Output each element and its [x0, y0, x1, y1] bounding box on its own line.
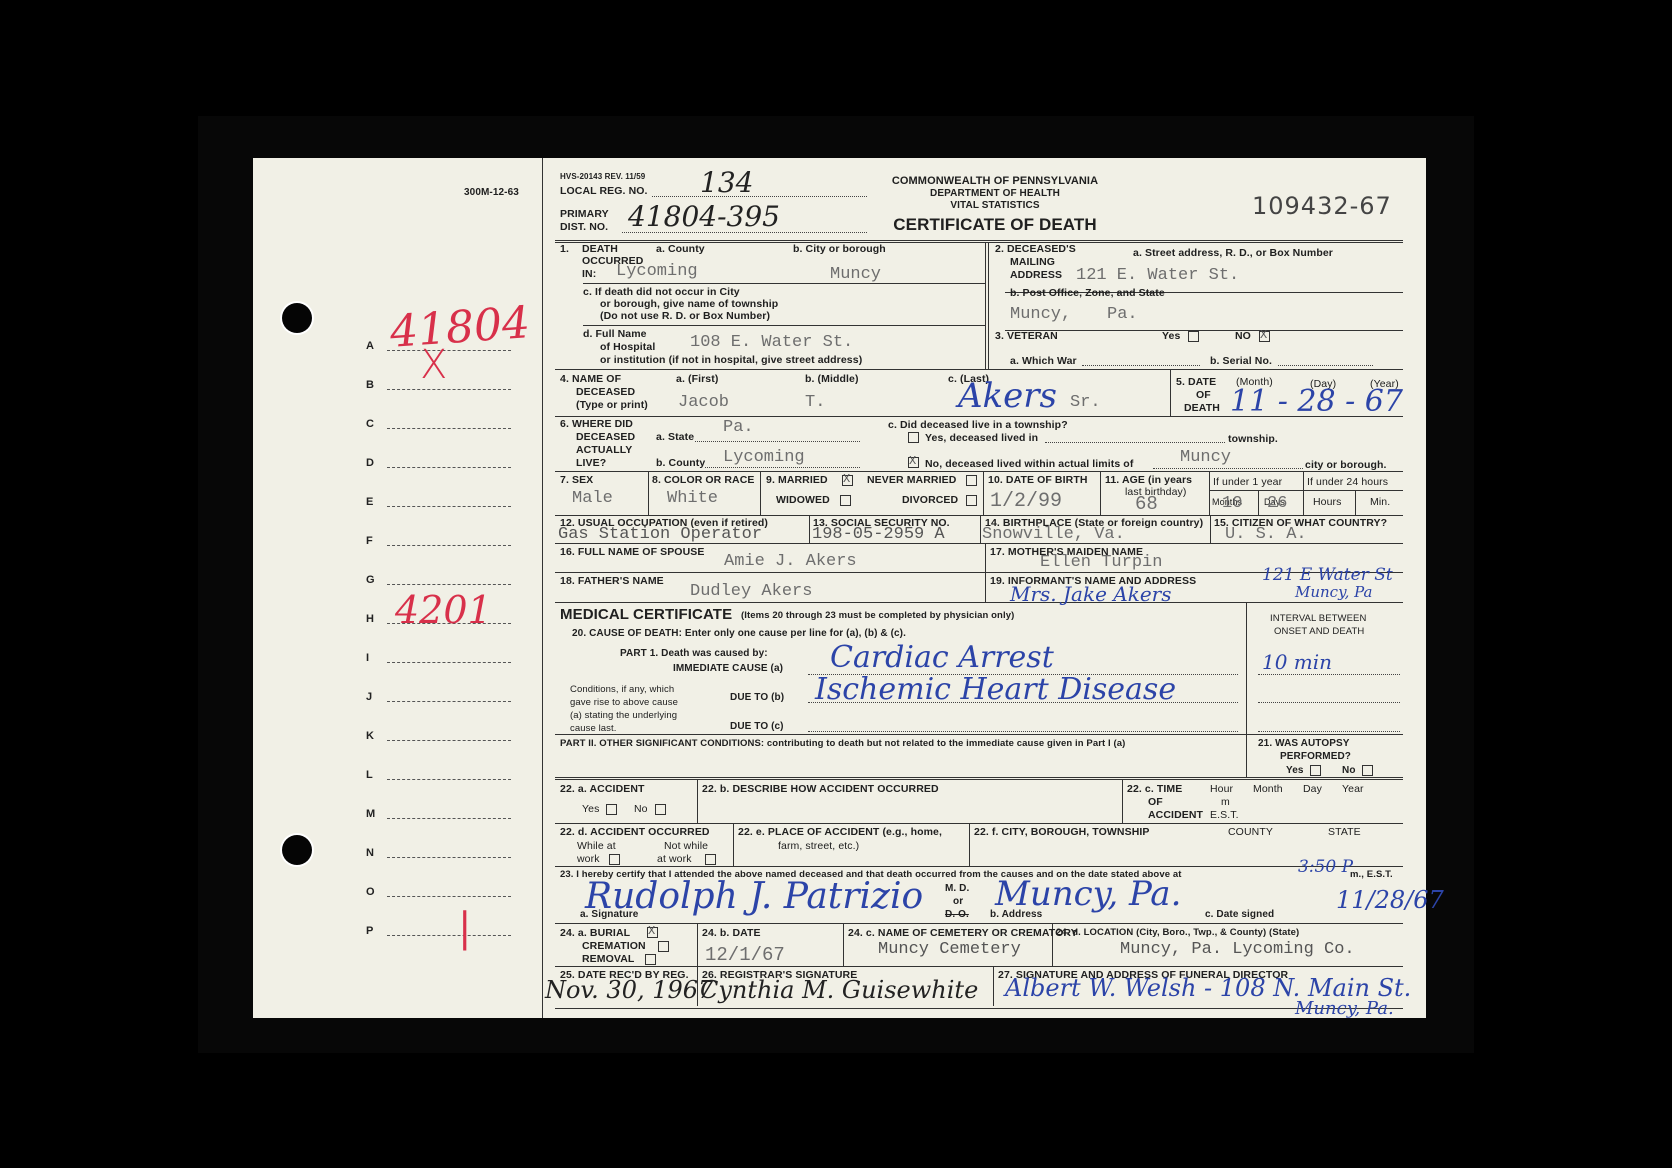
margin-letter: E: [366, 496, 373, 508]
interval-value: 10 min: [1262, 650, 1332, 674]
sex-value: Male: [572, 489, 613, 508]
cemetery-location-label: 24. d. LOCATION (City, Boro., Twp., & Co…: [1056, 927, 1299, 939]
due-to-b-value: Ischemic Heart Disease: [815, 672, 1176, 707]
certify-time-value: 3:50 P: [1298, 857, 1353, 877]
local-reg-value: 134: [700, 166, 753, 199]
sex-label: 7. SEX: [560, 474, 593, 486]
first-name-label: a. (First): [676, 373, 718, 385]
married-checkbox[interactable]: [842, 475, 853, 486]
margin-letter: L: [366, 769, 373, 781]
not-while-at-work-label: Not while: [664, 840, 708, 852]
veteran-label: 3. VETERAN: [995, 330, 1058, 342]
autopsy-no-label: No: [1342, 765, 1356, 777]
dist-no-label: DIST. NO.: [560, 221, 608, 233]
live-label: LIVE?: [576, 457, 606, 469]
not-while-at-work-label-2: at work: [657, 853, 692, 865]
autopsy-yes-label: Yes: [1286, 765, 1304, 777]
est-label: E.S.T.: [1210, 809, 1239, 821]
spouse-label: 16. FULL NAME OF SPOUSE: [560, 546, 704, 558]
autopsy-no-checkbox[interactable]: [1362, 765, 1373, 776]
township-no-label: No, deceased lived within actual limits …: [925, 458, 1133, 470]
m-label: m: [1221, 796, 1230, 808]
medical-certificate-title: MEDICAL CERTIFICATE: [560, 606, 732, 624]
burial-label: 24. a. BURIAL: [560, 927, 630, 939]
funeral-director-city: Muncy, Pa.: [1295, 998, 1394, 1019]
red-x-mark: X: [420, 342, 447, 388]
min-label: Min.: [1370, 496, 1390, 508]
hospital-label: d. Full Name: [583, 328, 647, 340]
hospital-label-3: or institution (if not in hospital, give…: [600, 354, 862, 366]
date-signed-label: c. Date signed: [1205, 909, 1274, 921]
cemetery-location-value: Muncy, Pa. Lycoming Co.: [1120, 940, 1355, 959]
father-value: Dudley Akers: [690, 582, 812, 601]
burial-date-label: 24. b. DATE: [702, 927, 761, 939]
divorced-label: DIVORCED: [902, 494, 958, 506]
burial-date-value: 12/1/67: [705, 944, 785, 966]
margin-letter: A: [366, 340, 374, 352]
burial-checkbox[interactable]: [647, 927, 658, 938]
last-name-value: Akers: [958, 376, 1057, 416]
married-label: 9. MARRIED: [766, 474, 828, 486]
middle-name-value: T.: [805, 393, 825, 412]
birthplace-value: Snowville, Va.: [982, 525, 1125, 544]
medical-certificate-subtitle: (Items 20 through 23 must be completed b…: [741, 610, 1014, 622]
margin-letter: G: [366, 574, 375, 586]
dob-label: 10. DATE OF BIRTH: [988, 474, 1088, 486]
hospital-label-2: of Hospital: [600, 341, 655, 353]
name-of-label: 4. NAME OF: [560, 373, 621, 385]
deceased-label: DECEASED: [576, 386, 635, 398]
informant-address-line1: 121 E Water St: [1262, 565, 1393, 585]
of-label: OF: [1196, 389, 1211, 401]
margin-entry-line: [387, 506, 511, 507]
item-number: 1.: [560, 243, 569, 255]
margin-entry-line: [387, 467, 511, 468]
veteran-no-checkbox[interactable]: [1259, 331, 1270, 342]
post-office-label: b. Post Office, Zone, and State: [1010, 287, 1165, 299]
while-at-work-checkbox[interactable]: [609, 854, 620, 865]
margin-letter: P: [366, 925, 373, 937]
punch-hole-top: [282, 303, 312, 333]
street-label: a. Street address, R. D., or Box Number: [1133, 247, 1333, 259]
or-label: or: [953, 896, 963, 908]
death-label: DEATH: [582, 243, 618, 255]
type-or-print-label: (Type or print): [576, 399, 648, 411]
spouse-value: Amie J. Akers: [724, 552, 857, 571]
certify-time-suffix: m., E.S.T.: [1350, 869, 1393, 881]
margin-letter: N: [366, 847, 374, 859]
do-label: D. O.: [945, 909, 969, 921]
actually-label: ACTUALLY: [576, 444, 632, 456]
primary-label: PRIMARY: [560, 208, 609, 220]
removal-label: REMOVAL: [582, 953, 634, 965]
accident-county-label: COUNTY: [1228, 826, 1273, 838]
father-label: 18. FATHER'S NAME: [560, 575, 664, 587]
which-war-label: a. Which War: [1010, 355, 1077, 367]
margin-entry-line: [387, 701, 511, 702]
address-label: ADDRESS: [1010, 269, 1062, 281]
county-label: b. County: [656, 457, 705, 469]
township-yes-label: Yes, deceased lived in: [925, 432, 1038, 444]
red-annotation-41804: 41804: [388, 297, 531, 358]
due-to-c-label: DUE TO (c): [730, 721, 784, 733]
margin-letter: I: [366, 652, 369, 664]
agency-line-1: COMMONWEALTH OF PENNSYLVANIA: [885, 175, 1105, 187]
days-value: 26: [1267, 494, 1287, 513]
post-office-state: Pa.: [1107, 305, 1138, 324]
township-label: c. If death did not occur in City: [583, 286, 740, 298]
cremation-label: CREMATION: [582, 940, 646, 952]
township-question: c. Did deceased live in a township?: [888, 419, 1068, 431]
accident-no-label: No: [634, 803, 648, 815]
cause-of-death-label: 20. CAUSE OF DEATH: Enter only one cause…: [572, 628, 906, 640]
city-limits-value: Muncy: [1180, 448, 1231, 467]
immediate-cause-label: IMMEDIATE CAUSE (a): [673, 663, 783, 675]
informant-name-value: Mrs. Jake Akers: [1010, 582, 1172, 606]
margin-letter: M: [366, 808, 375, 820]
margin-entry-line: [387, 584, 511, 585]
agency-line-3: VITAL STATISTICS: [885, 200, 1105, 212]
conditions-label-1: Conditions, if any, which: [570, 684, 674, 696]
removal-checkbox[interactable]: [645, 954, 656, 965]
under-1-year-label: If under 1 year: [1213, 476, 1282, 488]
cremation-checkbox[interactable]: [658, 941, 669, 952]
accident-city-label: 22. f. CITY, BOROUGH, TOWNSHIP: [974, 826, 1150, 838]
margin-letter: B: [366, 379, 374, 391]
race-value: White: [667, 489, 718, 508]
county-label: a. County: [656, 243, 705, 255]
post-office-city: Muncy,: [1010, 305, 1071, 324]
never-married-label: NEVER MARRIED: [867, 474, 956, 486]
certificate-number: 109432-67: [1252, 192, 1392, 220]
margin-entry-line: [387, 545, 511, 546]
margin-entry-line: [387, 935, 511, 936]
due-to-b-label: DUE TO (b): [730, 692, 784, 704]
punch-hole-bottom: [282, 835, 312, 865]
physician-address-value: Muncy, Pa.: [995, 874, 1181, 914]
months-value: 10: [1222, 494, 1242, 513]
serial-label: b. Serial No.: [1210, 355, 1272, 367]
under-24-hours-label: If under 24 hours: [1307, 476, 1388, 488]
accident-occurred-label: 22. d. ACCIDENT OCCURRED: [560, 826, 710, 838]
race-label: 8. COLOR OR RACE: [652, 474, 755, 486]
city-suffix: city or borough.: [1305, 459, 1387, 471]
where-did-label: 6. WHERE DID: [560, 418, 633, 430]
margin-entry-line: [387, 428, 511, 429]
form-code: 300M-12-63: [464, 187, 519, 199]
part-2-label: PART II. OTHER SIGNIFICANT CONDITIONS: c…: [560, 738, 1125, 750]
mailing-label: MAILING: [1010, 256, 1055, 268]
divorced-checkbox[interactable]: [966, 495, 977, 506]
cemetery-value: Muncy Cemetery: [878, 940, 1021, 959]
township-yes-checkbox[interactable]: [908, 432, 919, 443]
widowed-label: WIDOWED: [776, 494, 830, 506]
cemetery-label: 24. c. NAME OF CEMETERY OR CREMATORY: [848, 927, 1078, 939]
in-label: IN:: [582, 268, 596, 280]
while-at-work-label: While at: [577, 840, 616, 852]
md-label: M. D.: [945, 883, 969, 895]
serial-line: [1278, 365, 1373, 366]
margin-entry-line: [387, 818, 511, 819]
veteran-no-label: NO: [1235, 330, 1251, 342]
dob-value: 1/2/99: [990, 490, 1062, 513]
street-value: 121 E. Water St.: [1076, 266, 1239, 285]
veteran-yes-checkbox[interactable]: [1188, 331, 1199, 342]
conditions-label-2: gave rise to above cause: [570, 697, 678, 709]
local-reg-line: [652, 196, 867, 197]
township-suffix: township.: [1228, 433, 1278, 445]
margin-letter: H: [366, 613, 374, 625]
date-label: 5. DATE: [1176, 376, 1216, 388]
while-at-work-label-2: work: [577, 853, 600, 865]
citizenship-value: U. S. A.: [1225, 525, 1307, 544]
margin-letter: J: [366, 691, 372, 703]
agency-line-2: DEPARTMENT OF HEALTH: [885, 188, 1105, 200]
accident-day-label: Day: [1303, 783, 1322, 795]
township-label-2: or borough, give name of township: [600, 298, 778, 310]
township-label-3: (Do not use R. D. or Box Number): [600, 310, 770, 322]
part-1-label: PART 1. Death was caused by:: [620, 648, 768, 660]
margin-entry-line: [387, 857, 511, 858]
red-annotation-4201: 4201: [395, 588, 492, 632]
first-name-value: Jacob: [678, 393, 729, 412]
place-of-accident-label-2: farm, street, etc.): [778, 840, 859, 852]
residence-county-value: Lycoming: [723, 448, 805, 467]
accident-year-label: Year: [1342, 783, 1364, 795]
margin-entry-line: [387, 896, 511, 897]
state-label: a. State: [656, 431, 694, 443]
occupation-value: Gas Station Operator: [558, 525, 762, 544]
margin-letter: D: [366, 457, 374, 469]
margin-letter: C: [366, 418, 374, 430]
date-received-value: Nov. 30, 1967: [545, 976, 713, 1004]
widowed-checkbox[interactable]: [840, 495, 851, 506]
accident-time-label: 22. c. TIME: [1127, 783, 1182, 795]
deceased-label: 2. DECEASED'S: [995, 243, 1076, 255]
interval-label-2: ONSET AND DEATH: [1274, 626, 1364, 638]
death-city-value: Muncy: [830, 265, 881, 284]
signature-label: a. Signature: [580, 909, 638, 921]
city-label: b. City or borough: [793, 243, 886, 255]
township-no-checkbox[interactable]: [908, 457, 919, 468]
margin-entry-line: [387, 662, 511, 663]
margin-entry-line: [387, 779, 511, 780]
which-war-line: [1082, 365, 1200, 366]
accident-yes-checkbox[interactable]: [606, 804, 617, 815]
deceased-label: DECEASED: [576, 431, 635, 443]
age-value: 68: [1135, 493, 1158, 515]
autopsy-label: 21. WAS AUTOPSY: [1258, 738, 1350, 750]
death-county-value: Lycoming: [616, 262, 698, 281]
ssn-value: 198-05-2959 A: [812, 525, 945, 544]
place-of-accident-label: 22. e. PLACE OF ACCIDENT (e.g., home,: [738, 826, 942, 838]
margin-divider: [542, 158, 543, 1018]
margin-entry-line: [387, 740, 511, 741]
veteran-yes-label: Yes: [1162, 330, 1180, 342]
interval-label: INTERVAL BETWEEN: [1270, 613, 1366, 625]
accident-label: 22. a. ACCIDENT: [560, 783, 645, 795]
accident-accident-label: ACCIDENT: [1148, 809, 1203, 821]
autopsy-label-2: PERFORMED?: [1280, 751, 1351, 763]
accident-month-label: Month: [1253, 783, 1283, 795]
accident-describe-label: 22. b. DESCRIBE HOW ACCIDENT OCCURRED: [702, 783, 939, 795]
margin-letter: F: [366, 535, 373, 547]
age-label: 11. AGE (in years: [1105, 474, 1192, 486]
accident-of-label: OF: [1148, 796, 1163, 808]
not-while-at-work-checkbox[interactable]: [705, 854, 716, 865]
margin-entry-line: [387, 389, 511, 390]
never-married-checkbox[interactable]: [966, 475, 977, 486]
informant-address-line2: Muncy, Pa: [1295, 583, 1372, 601]
hour-label: Hour: [1210, 783, 1233, 795]
primary-dist-value: 41804-395: [628, 200, 780, 233]
autopsy-yes-checkbox[interactable]: [1310, 765, 1321, 776]
conditions-label-4: cause last.: [570, 723, 617, 735]
mother-value: Ellen Turpin: [1040, 553, 1162, 572]
certificate-title: CERTIFICATE OF DEATH: [870, 215, 1120, 235]
accident-no-checkbox[interactable]: [655, 804, 666, 815]
accident-yes-label: Yes: [582, 803, 599, 815]
conditions-label-3: (a) stating the underlying: [570, 710, 677, 722]
death-label: DEATH: [1184, 402, 1220, 414]
local-reg-label: LOCAL REG. NO.: [560, 185, 648, 197]
date-of-death-value: 11 - 28 - 67: [1230, 384, 1403, 419]
hours-label: Hours: [1313, 496, 1342, 508]
registrar-signature-value: Cynthia M. Guisewhite: [700, 976, 978, 1004]
margin-letter: O: [366, 886, 375, 898]
hospital-value: 108 E. Water St.: [690, 333, 853, 352]
name-suffix: Sr.: [1070, 393, 1101, 412]
red-tick-mark: |: [458, 905, 471, 951]
form-revision: HVS-20143 REV. 11/59: [560, 171, 645, 183]
margin-letter: K: [366, 730, 374, 742]
accident-state-label: STATE: [1328, 826, 1361, 838]
immediate-cause-value: Cardiac Arrest: [830, 640, 1054, 675]
residence-state-value: Pa.: [723, 418, 754, 437]
date-signed-value: 11/28/67: [1336, 886, 1444, 914]
middle-name-label: b. (Middle): [805, 373, 859, 385]
